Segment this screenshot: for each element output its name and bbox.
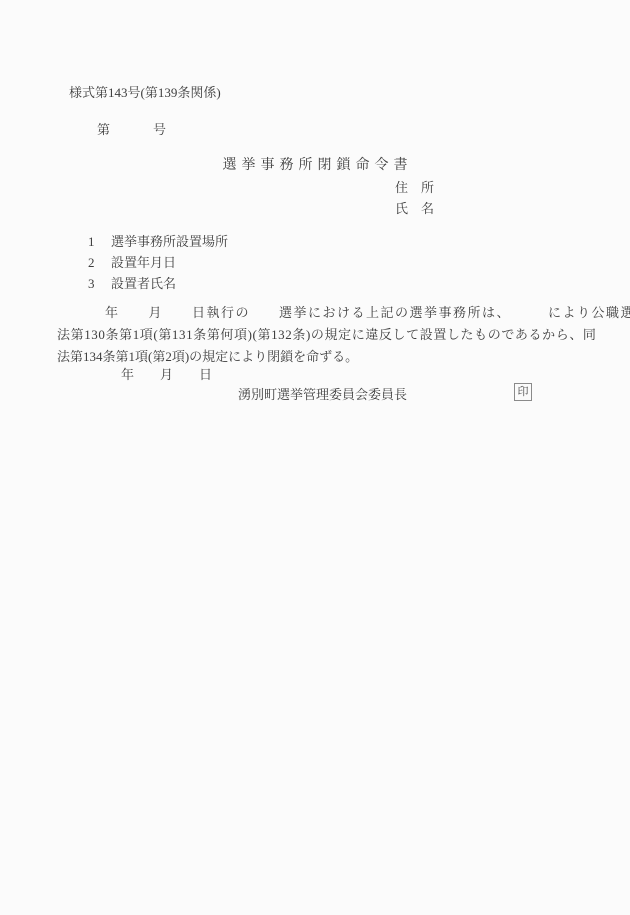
- list-item-number: 1: [88, 235, 98, 250]
- recipient-name-label: 氏 名: [395, 202, 434, 217]
- page-title: 選挙事務所閉鎖命令書: [0, 158, 630, 174]
- list-item-number: 3: [88, 277, 98, 292]
- list-item: 3 設置者氏名: [88, 277, 228, 298]
- issue-date-line: 年 月 日: [121, 368, 212, 383]
- recipient-address-label: 住 所: [395, 181, 434, 196]
- issuer-title: 湧別町選挙管理委員会委員長: [238, 388, 407, 403]
- document-page: 様式第143号(第139条関係) 第 号 選挙事務所閉鎖命令書 住 所 氏 名 …: [0, 0, 630, 915]
- list-item-number: 2: [88, 256, 98, 271]
- list-item-label: 設置年月日: [111, 256, 176, 271]
- document-number-prefix: 第: [97, 123, 110, 138]
- list-item-label: 設置者氏名: [111, 277, 176, 292]
- list-item: 1 選挙事務所設置場所: [88, 235, 228, 256]
- seal-stamp-label: 印: [518, 386, 529, 399]
- form-number: 様式第143号(第139条関係): [69, 86, 221, 101]
- body-paragraph-line-3: 法第134条第1項(第2項)の規定により閉鎖を命ずる。: [57, 350, 358, 365]
- seal-stamp-box: 印: [514, 383, 532, 401]
- body-paragraph-line-2: 法第130条第1項(第131条第何項)(第132条)の規定に違反して設置したもの…: [57, 328, 597, 343]
- body-paragraph-line-1: 年 月 日執行の 選挙における上記の選挙事務所は、 により公職選挙: [105, 306, 630, 321]
- list-item-label: 選挙事務所設置場所: [111, 235, 228, 250]
- document-number-suffix: 号: [153, 123, 166, 138]
- numbered-item-list: 1 選挙事務所設置場所 2 設置年月日 3 設置者氏名: [88, 235, 228, 298]
- list-item: 2 設置年月日: [88, 256, 228, 277]
